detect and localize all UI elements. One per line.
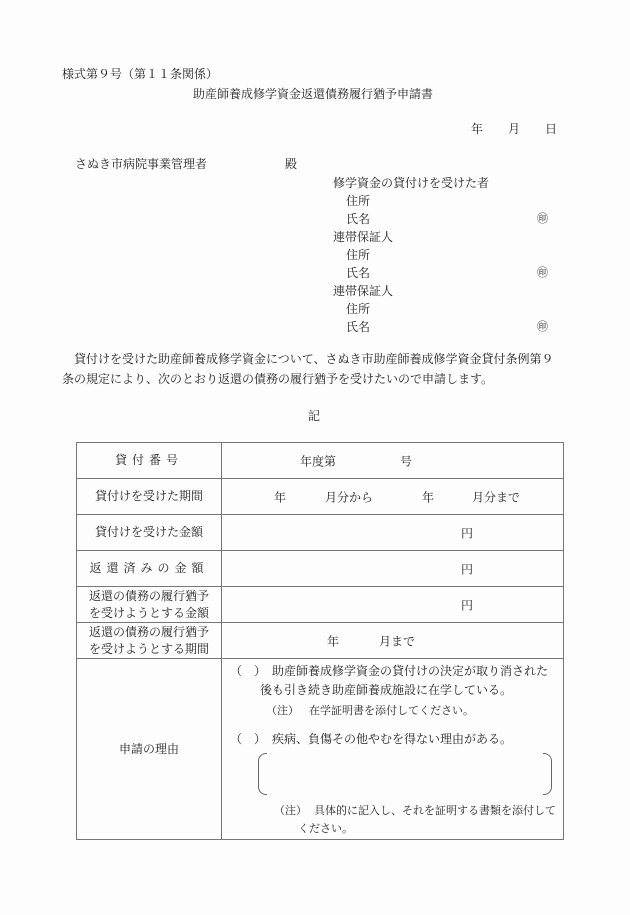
date-month-label: 月 bbox=[508, 123, 520, 135]
form-number: 様式第９号（第１１条関係） bbox=[62, 68, 218, 80]
loan-period-field[interactable]: 年 月分から 年 月分まで bbox=[222, 479, 564, 515]
request-body-line1: 貸付けを受けた助産師養成修学資金について、さぬき市助産師養成修学資金貸付条例第９ bbox=[62, 349, 572, 369]
guarantor2-name-label[interactable]: 氏名 bbox=[346, 321, 370, 333]
deferral-period-field[interactable]: 年 月まで bbox=[222, 623, 564, 659]
date-day-label: 日 bbox=[545, 123, 557, 135]
date-year-label: 年 bbox=[471, 123, 483, 135]
reason1-text-line2: 後も引き続き助産師養成施設に在学している。 bbox=[260, 684, 512, 696]
number-suffix-label: 号 bbox=[400, 452, 412, 469]
request-body-line2: 条の規定により、次のとおり返還の債務の履行猶予を受けたいので申請します。 bbox=[62, 369, 572, 389]
table-row-loan-amount: 貸付けを受けた金額 円 bbox=[77, 515, 564, 551]
repaid-amount-field[interactable]: 円 bbox=[222, 551, 564, 587]
deferral-period-label-line1: 返還の債務の履行猶予 bbox=[77, 624, 221, 641]
table-row-reason: 申請の理由 （ ） 助産師養成修学資金の貸付けの決定が取り消された 後も引き続き… bbox=[77, 659, 564, 840]
document-title: 助産師養成修学資金返還債務履行猶予申請書 bbox=[193, 88, 433, 100]
reason2-detail-input[interactable] bbox=[258, 753, 552, 793]
deferral-amount-label-line2: を受けようとする金額 bbox=[77, 605, 221, 622]
reason2-text: 疾病、負傷その他やむを得ない理由がある。 bbox=[272, 733, 512, 745]
seal-icon: ㊞ bbox=[537, 321, 548, 332]
table-row-loan-number: 貸付番号 年度第 号 bbox=[77, 443, 564, 479]
borrower-name-label[interactable]: 氏名 bbox=[346, 213, 370, 225]
addressee-honorific: 殿 bbox=[285, 158, 297, 170]
table-row-repaid-amount: 返還済みの金額 円 bbox=[77, 551, 564, 587]
seal-icon: ㊞ bbox=[537, 213, 548, 224]
guarantor1-address-label[interactable]: 住所 bbox=[346, 249, 370, 261]
borrower-role: 修学資金の貸付けを受けた者 bbox=[333, 177, 489, 189]
guarantor2-role: 連帯保証人 bbox=[333, 285, 393, 297]
from-year-label: 年 bbox=[274, 488, 286, 505]
reason1-note-label: （注） bbox=[266, 705, 299, 716]
until-year-label: 年 bbox=[327, 632, 339, 649]
reason1-text-line1: 助産師養成修学資金の貸付けの決定が取り消された bbox=[272, 665, 548, 677]
yen-unit: 円 bbox=[461, 596, 473, 613]
addressee-name: さぬき市病院事業管理者 bbox=[75, 158, 207, 170]
table-row-loan-period: 貸付けを受けた期間 年 月分から 年 月分まで bbox=[77, 479, 564, 515]
until-month-label: 月まで bbox=[379, 632, 415, 649]
guarantor2-address-label[interactable]: 住所 bbox=[346, 303, 370, 315]
reason2-note-label: （注） bbox=[274, 805, 307, 816]
loan-period-label: 貸付けを受けた期間 bbox=[95, 489, 203, 503]
reason2-note-line2: ください。 bbox=[298, 823, 353, 834]
borrower-address-label[interactable]: 住所 bbox=[346, 195, 370, 207]
ki-heading: 記 bbox=[308, 410, 320, 422]
from-month-label: 月分から bbox=[325, 488, 373, 505]
right-bracket-icon bbox=[543, 753, 552, 795]
table-row-deferral-period: 返還の債務の履行猶予 を受けようとする期間 年 月まで bbox=[77, 623, 564, 659]
yen-unit: 円 bbox=[461, 560, 473, 577]
application-table: 貸付番号 年度第 号 貸付けを受けた期間 年 月分から 年 月分まで 貸付けを受… bbox=[76, 442, 564, 840]
deferral-amount-label-line1: 返還の債務の履行猶予 bbox=[77, 588, 221, 605]
reason-label: 申請の理由 bbox=[119, 742, 179, 756]
guarantor1-name-label[interactable]: 氏名 bbox=[346, 267, 370, 279]
reason1-note: 在学証明書を添付してください。 bbox=[309, 705, 474, 716]
fiscal-year-label: 年度第 bbox=[300, 452, 336, 469]
guarantor1-role: 連帯保証人 bbox=[333, 231, 393, 243]
reason2-note-line1: 具体的に記入し、それを証明する書類を添付して bbox=[314, 805, 556, 816]
yen-unit: 円 bbox=[461, 524, 473, 541]
table-row-deferral-amount: 返還の債務の履行猶予 を受けようとする金額 円 bbox=[77, 587, 564, 623]
repaid-amount-label: 返還済みの金額 bbox=[89, 561, 208, 575]
loan-amount-label: 貸付けを受けた金額 bbox=[95, 525, 203, 539]
loan-number-label: 貸付番号 bbox=[115, 453, 183, 467]
left-bracket-icon bbox=[258, 753, 267, 795]
deferral-amount-field[interactable]: 円 bbox=[222, 587, 564, 623]
deferral-period-label-line2: を受けようとする期間 bbox=[77, 641, 221, 658]
to-month-label: 月分まで bbox=[472, 488, 520, 505]
reason2-checkbox[interactable]: （ ） bbox=[230, 733, 266, 745]
to-year-label: 年 bbox=[422, 488, 434, 505]
seal-icon: ㊞ bbox=[537, 267, 548, 278]
loan-number-field[interactable]: 年度第 号 bbox=[222, 443, 564, 479]
loan-amount-field[interactable]: 円 bbox=[222, 515, 564, 551]
request-body: 貸付けを受けた助産師養成修学資金について、さぬき市助産師養成修学資金貸付条例第９… bbox=[62, 349, 572, 389]
reason1-checkbox[interactable]: （ ） bbox=[230, 665, 266, 677]
